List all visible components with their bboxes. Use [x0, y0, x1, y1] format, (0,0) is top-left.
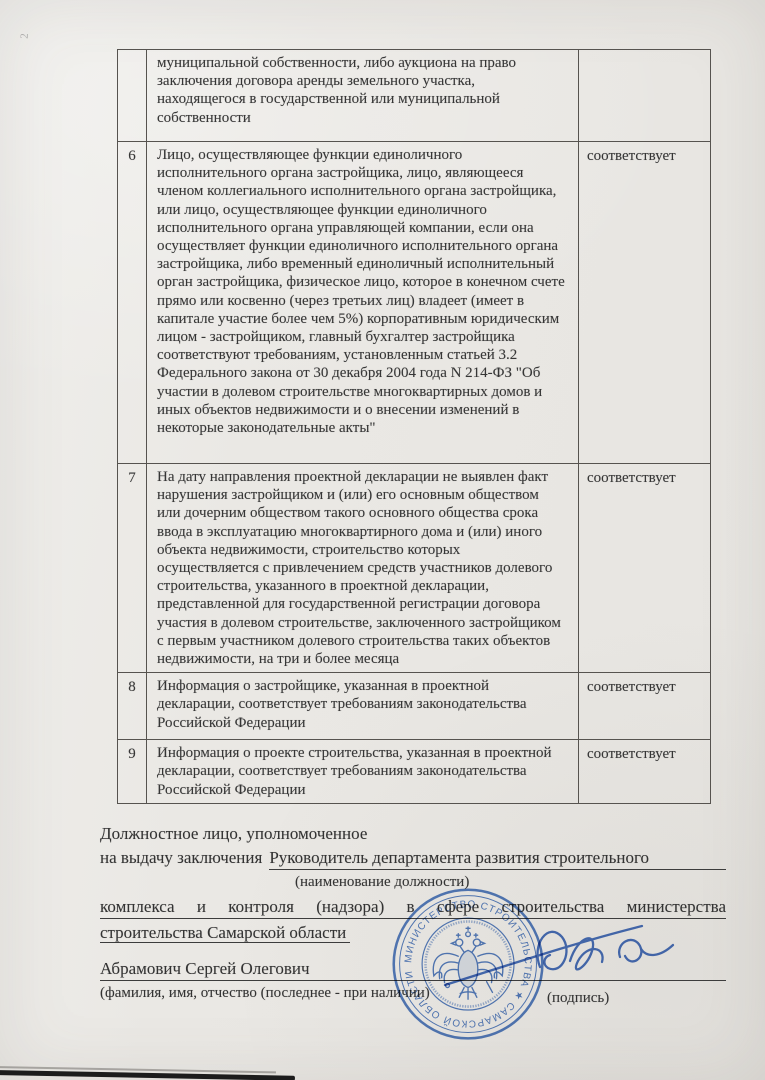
table-row: 6 Лицо, осуществляющее функции единоличн…	[118, 142, 711, 464]
status-cell	[579, 50, 711, 142]
requirement-text: На дату направления проектной декларации…	[147, 464, 579, 673]
requirement-text: Лицо, осуществляющее функции единоличног…	[147, 142, 579, 464]
position-value-line1: Руководитель департамента развития строи…	[269, 846, 726, 870]
table-row: 8 Информация о застройщике, указанная в …	[118, 673, 711, 740]
table-row: муниципальной собственности, либо аукцио…	[118, 50, 711, 142]
requirement-text: муниципальной собственности, либо аукцио…	[147, 50, 579, 142]
row-number-cell: 9	[118, 740, 147, 804]
official-role-line2: на выдачу заключения Руководитель департ…	[100, 846, 726, 870]
role-label: на выдачу заключения	[100, 846, 262, 870]
table-row: 7 На дату направления проектной декларац…	[118, 464, 711, 673]
table-row: 9 Информация о проекте строительства, ук…	[118, 740, 711, 804]
official-role-line1: Должностное лицо, уполномоченное	[100, 822, 726, 845]
compliance-table: муниципальной собственности, либо аукцио…	[117, 49, 711, 804]
name-caption: (фамилия, имя, отчество (последнее - при…	[100, 985, 430, 1001]
requirement-text: Информация о застройщике, указанная в пр…	[147, 673, 579, 740]
row-number-cell: 8	[118, 673, 147, 740]
row-number-cell: 6	[118, 142, 147, 464]
handwritten-signature	[420, 905, 680, 1005]
status-cell: соответствует	[579, 142, 711, 464]
position-value-line3: строительства Самарской области	[100, 923, 350, 943]
scanned-document-page: 2 муниципальной собственности, либо аукц…	[0, 0, 765, 1080]
status-cell: соответствует	[579, 740, 711, 804]
status-cell: соответствует	[579, 464, 711, 673]
status-cell: соответствует	[579, 673, 711, 740]
page-number: 2	[19, 33, 31, 39]
requirement-text: Информация о проекте строительства, указ…	[147, 740, 579, 804]
row-number-cell	[118, 50, 147, 142]
official-name: Абрамович Сергей Олегович	[100, 959, 310, 978]
row-number-cell: 7	[118, 464, 147, 673]
